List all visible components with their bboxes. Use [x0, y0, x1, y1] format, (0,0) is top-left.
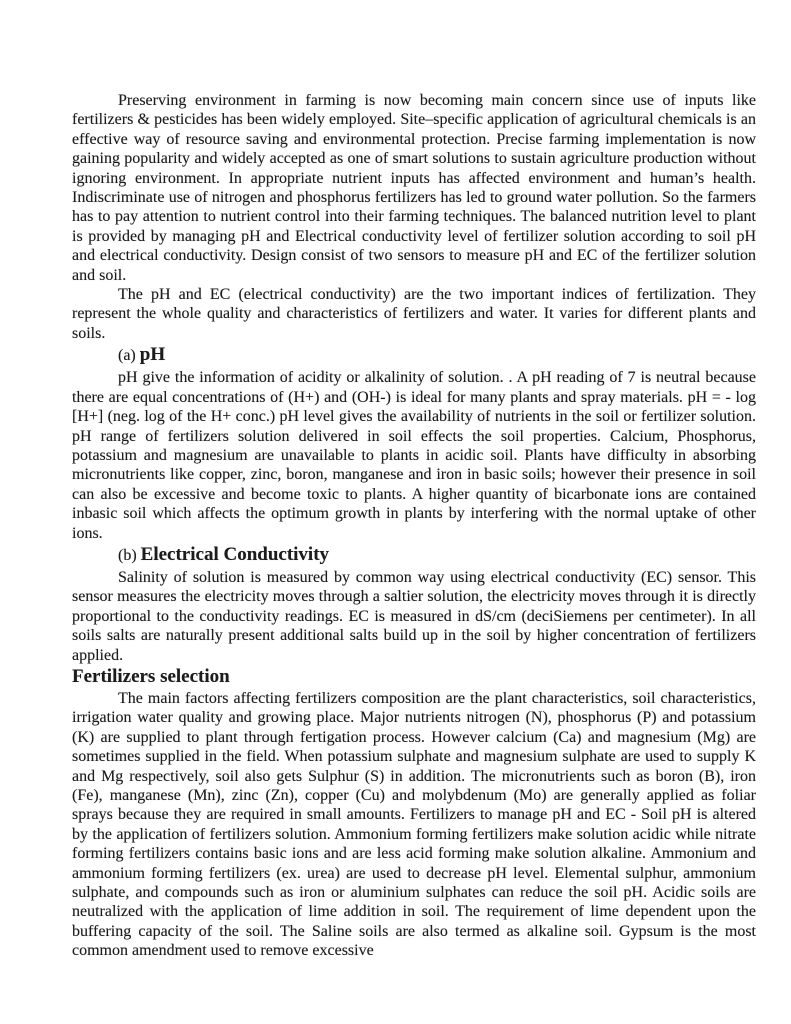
subheading-a-prefix: (a)	[118, 347, 140, 364]
fertilizers-selection-paragraph: The main factors affecting fertilizers c…	[72, 689, 756, 961]
subheading-a-ph: (a) pH	[72, 343, 756, 368]
ec-description-paragraph: Salinity of solution is measured by comm…	[72, 568, 756, 665]
ph-description-paragraph: pH give the information of acidity or al…	[72, 368, 756, 543]
subheading-b-prefix: (b)	[118, 547, 141, 564]
subheading-a-title: pH	[140, 344, 165, 365]
subheading-b-title: Electrical Conductivity	[141, 544, 329, 565]
fertilizers-selection-heading: Fertilizers selection	[72, 665, 756, 689]
ph-ec-indices-paragraph: The pH and EC (electrical conductivity) …	[72, 285, 756, 343]
subheading-b-electrical-conductivity: (b) Electrical Conductivity	[72, 543, 756, 568]
intro-paragraph: Preserving environment in farming is now…	[72, 91, 756, 285]
document-page: Preserving environment in farming is now…	[72, 91, 756, 961]
